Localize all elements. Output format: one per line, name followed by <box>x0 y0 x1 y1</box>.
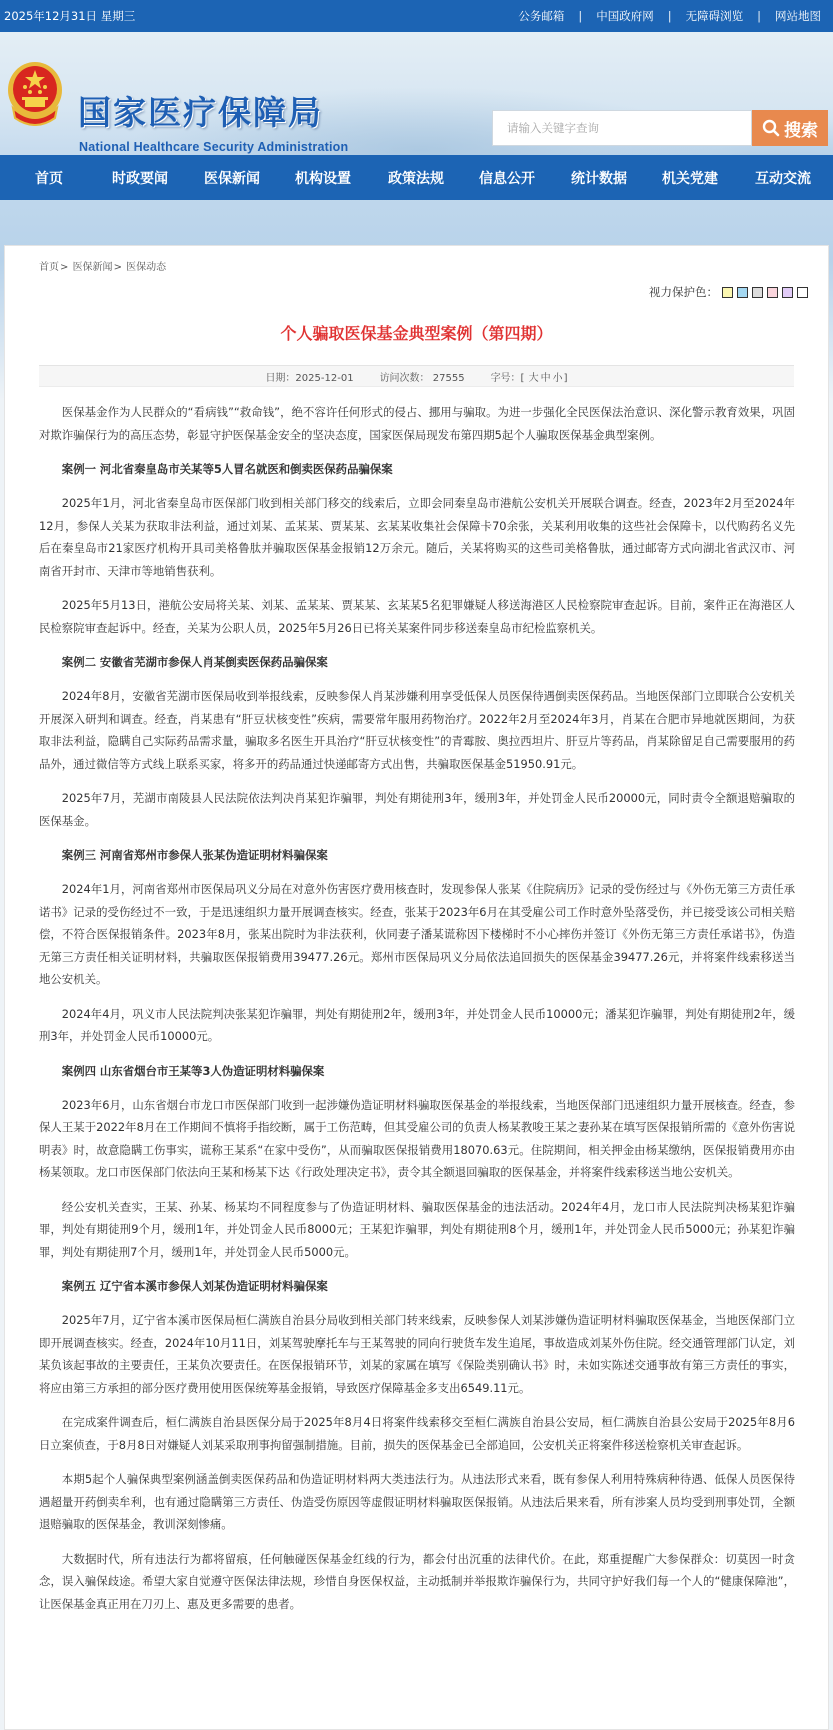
font-size-large[interactable]: 大 <box>528 373 540 384</box>
nav-statistics[interactable]: 统计数据 <box>571 168 627 188</box>
nav-info-disclosure[interactable]: 信息公开 <box>479 168 535 188</box>
font-size-small[interactable]: 小 <box>552 373 564 384</box>
nav-policy[interactable]: 政策法规 <box>388 168 444 188</box>
case-1-paragraph: 2025年1月，河北省秦皇岛市医保部门收到相关部门移交的线索后，立即会同秦皇岛市… <box>39 492 795 582</box>
main-nav: 首页 时政要闻 医保新闻 机构设置 政策法规 信息公开 统计数据 机关党建 互动… <box>0 155 833 200</box>
color-swatch-blue[interactable] <box>737 287 748 298</box>
national-emblem-icon[interactable] <box>5 60 65 126</box>
case-5-paragraph: 在完成案件调查后，桓仁满族自治县医保分局于2025年8月4日将案件线索移交至桓仁… <box>39 1411 795 1456</box>
color-swatch-yellow[interactable] <box>722 287 733 298</box>
font-size-medium[interactable]: 中 <box>540 373 552 384</box>
intro-paragraph: 医保基金作为人民群众的“看病钱”“救命钱”，绝不容许任何形式的侵占、挪用与骗取。… <box>39 401 795 446</box>
breadcrumb-home[interactable]: 首页 <box>39 262 59 273</box>
case-2-heading: 案例二 安徽省芜湖市参保人肖某倒卖医保药品骗保案 <box>39 651 795 673</box>
current-date: 2025年12月31日 星期三 <box>4 8 135 24</box>
nav-healthcare-news[interactable]: 医保新闻 <box>204 168 260 188</box>
search-button[interactable]: 搜索 <box>752 110 828 146</box>
divider: | <box>572 9 588 23</box>
color-swatch-purple[interactable] <box>782 287 793 298</box>
article-meta: 日期：2025-12-01 访问次数： 27555 字号：[ 大中小] <box>39 365 794 387</box>
breadcrumb-healthcare-news[interactable]: 医保新闻 <box>73 262 113 273</box>
case-3-heading: 案例三 河南省郑州市参保人张某伪造证明材料骗保案 <box>39 844 795 866</box>
nav-interaction[interactable]: 互动交流 <box>755 168 811 188</box>
color-swatch-gray[interactable] <box>752 287 763 298</box>
link-gov-cn[interactable]: 中国政府网 <box>588 8 662 24</box>
search-icon <box>762 119 780 137</box>
site-logo-en: National Healthcare Security Administrat… <box>79 140 348 154</box>
case-1-paragraph: 2025年5月13日，港航公安局将关某、刘某、孟某某、贾某某、玄某某5名犯罪嫌疑… <box>39 594 795 639</box>
case-2-paragraph: 2024年8月，安徽省芜湖市医保局收到举报线索，反映参保人肖某涉嫌利用享受低保人… <box>39 685 795 775</box>
case-5-paragraph: 2025年7月，辽宁省本溪市医保局桓仁满族自治县分局收到相关部门转来线索，反映参… <box>39 1309 795 1399</box>
article-title: 个人骗取医保基金典型案例（第四期） <box>5 321 828 344</box>
case-4-paragraph: 2023年6月，山东省烟台市龙口市医保部门收到一起涉嫌伪造证明材料骗取医保基金的… <box>39 1094 795 1184</box>
link-accessibility[interactable]: 无障碍浏览 <box>678 8 752 24</box>
font-size-bracket: ] <box>564 373 568 384</box>
case-3-paragraph: 2024年1月，河南省郑州市医保局巩义分局在对意外伤害医疗费用核查时，发现参保人… <box>39 878 795 991</box>
visit-count: 访问次数： 27555 <box>380 369 465 384</box>
nav-party-building[interactable]: 机关党建 <box>662 168 718 188</box>
divider: | <box>662 9 678 23</box>
case-4-heading: 案例四 山东省烟台市王某等3人伪造证明材料骗保案 <box>39 1060 795 1082</box>
link-sitemap[interactable]: 网站地图 <box>767 8 829 24</box>
font-size-control: 字号：[ 大中小] <box>491 369 568 384</box>
breadcrumb-sep: > <box>59 262 73 273</box>
divider: | <box>751 9 767 23</box>
nav-home[interactable]: 首页 <box>35 168 63 188</box>
breadcrumb-sep: > <box>113 262 127 273</box>
top-bar: 2025年12月31日 星期三 公务邮箱 | 中国政府网 | 无障碍浏览 | 网… <box>0 0 833 32</box>
font-size-label: 字号：[ <box>491 373 525 384</box>
case-5-heading: 案例五 辽宁省本溪市参保人刘某伪造证明材料骗保案 <box>39 1275 795 1297</box>
case-2-paragraph: 2025年7月，芜湖市南陵县人民法院依法判决肖某犯诈骗罪，判处有期徒刑3年，缓刑… <box>39 787 795 832</box>
breadcrumb: 首页> 医保新闻> 医保动态 <box>39 258 166 273</box>
publish-date: 日期：2025-12-01 <box>265 369 353 384</box>
case-1-heading: 案例一 河北省秦皇岛市关某等5人冒名就医和倒卖医保药品骗保案 <box>39 458 795 480</box>
nav-political-news[interactable]: 时政要闻 <box>112 168 168 188</box>
article-body: 医保基金作为人民群众的“看病钱”“救命钱”，绝不容许任何形式的侵占、挪用与骗取。… <box>39 401 795 1627</box>
search-box: 搜索 <box>492 110 828 146</box>
breadcrumb-healthcare-updates[interactable]: 医保动态 <box>126 262 166 273</box>
color-swatch-white[interactable] <box>797 287 808 298</box>
eye-protection-label: 视力保护色： <box>649 284 718 300</box>
top-links: 公务邮箱 | 中国政府网 | 无障碍浏览 | 网站地图 <box>510 8 829 24</box>
eye-protection-colors: 视力保护色： <box>649 284 808 300</box>
site-logo-cn[interactable]: 国家医疗保障局 <box>78 96 323 129</box>
case-4-paragraph: 经公安机关查实，王某、孙某、杨某均不同程度参与了伪造证明材料、骗取医保基金的违法… <box>39 1196 795 1264</box>
search-input[interactable] <box>492 110 752 146</box>
case-3-paragraph: 2024年4月，巩义市人民法院判决张某犯诈骗罪，判处有期徒刑2年，缓刑3年，并处… <box>39 1003 795 1048</box>
nav-organization[interactable]: 机构设置 <box>295 168 351 188</box>
visit-count-value: 27555 <box>433 373 465 384</box>
closing-paragraph: 大数据时代，所有违法行为都将留痕，任何触碰医保基金红线的行为，都会付出沉重的法律… <box>39 1548 795 1616</box>
color-swatch-pink[interactable] <box>767 287 778 298</box>
visit-count-label: 访问次数： <box>380 373 430 384</box>
site-header: 国家医疗保障局 National Healthcare Security Adm… <box>0 32 833 155</box>
link-official-mail[interactable]: 公务邮箱 <box>510 8 572 24</box>
search-button-label: 搜索 <box>784 116 818 141</box>
content-card: 首页> 医保新闻> 医保动态 视力保护色： 个人骗取医保基金典型案例（第四期） … <box>4 245 829 1730</box>
closing-paragraph: 本期5起个人骗保典型案例涵盖倒卖医保药品和伪造证明材料两大类违法行为。从违法形式… <box>39 1468 795 1536</box>
